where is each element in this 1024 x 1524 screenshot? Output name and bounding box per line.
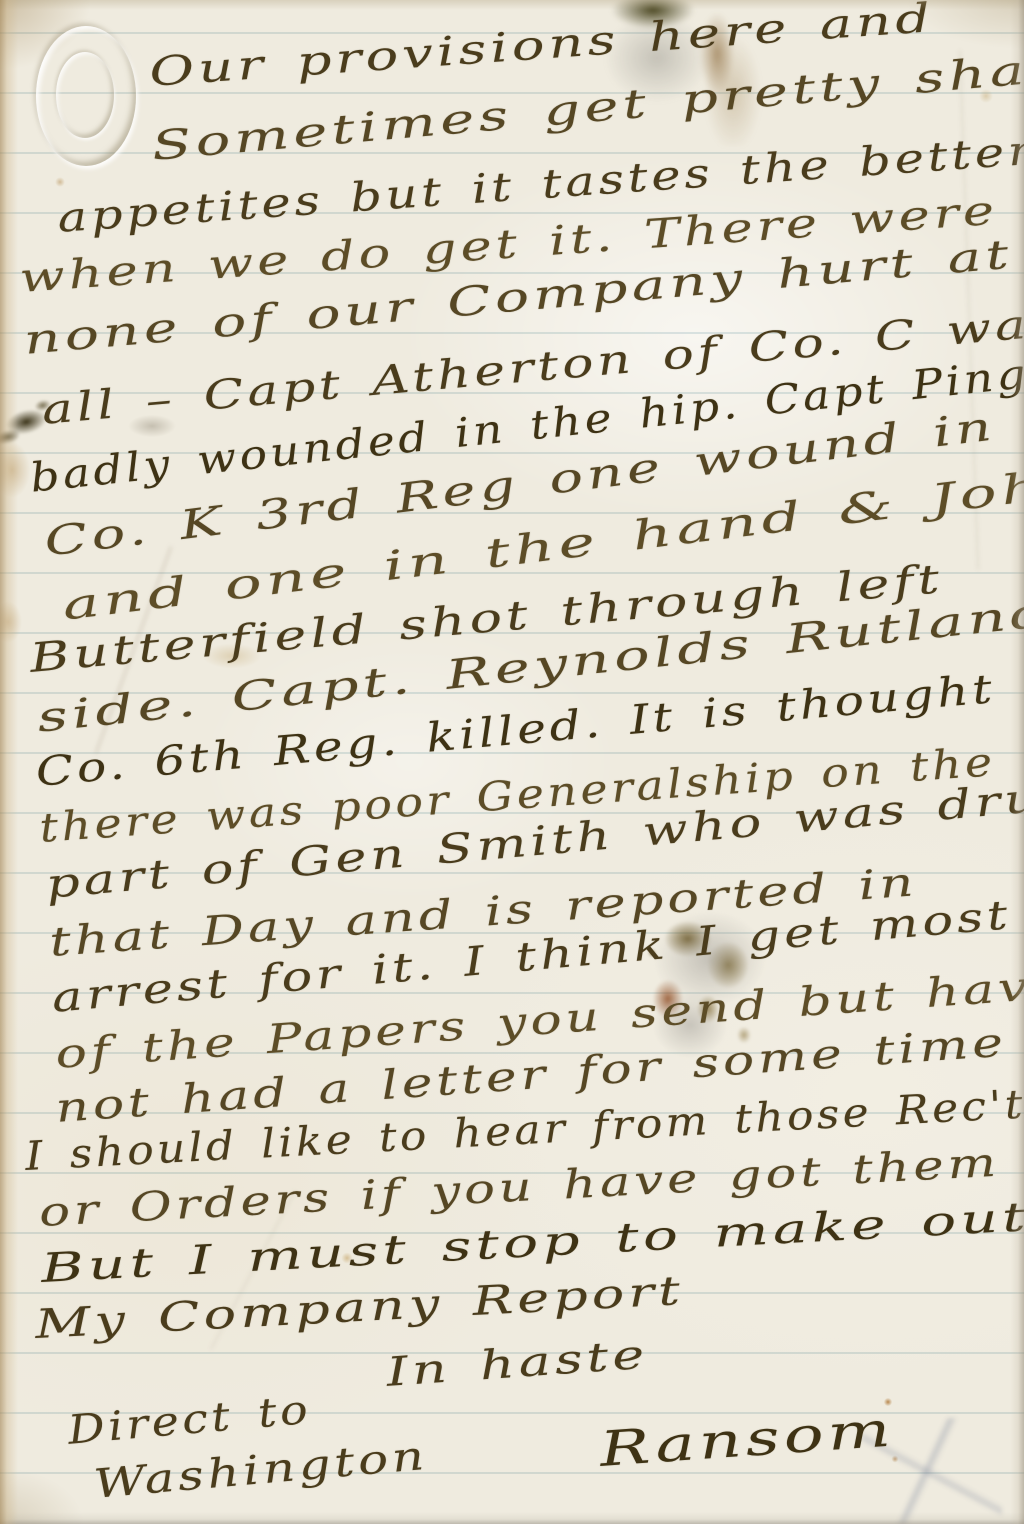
letter-closing: In haste <box>385 1332 650 1396</box>
signature: Ransom <box>598 1401 896 1477</box>
postscript-line: Direct to <box>66 1387 313 1454</box>
embossed-seal <box>36 26 136 166</box>
embossed-seal-inner-ring <box>56 52 114 138</box>
letter-page: Our provisions here and Sometimes get pr… <box>0 0 1024 1524</box>
